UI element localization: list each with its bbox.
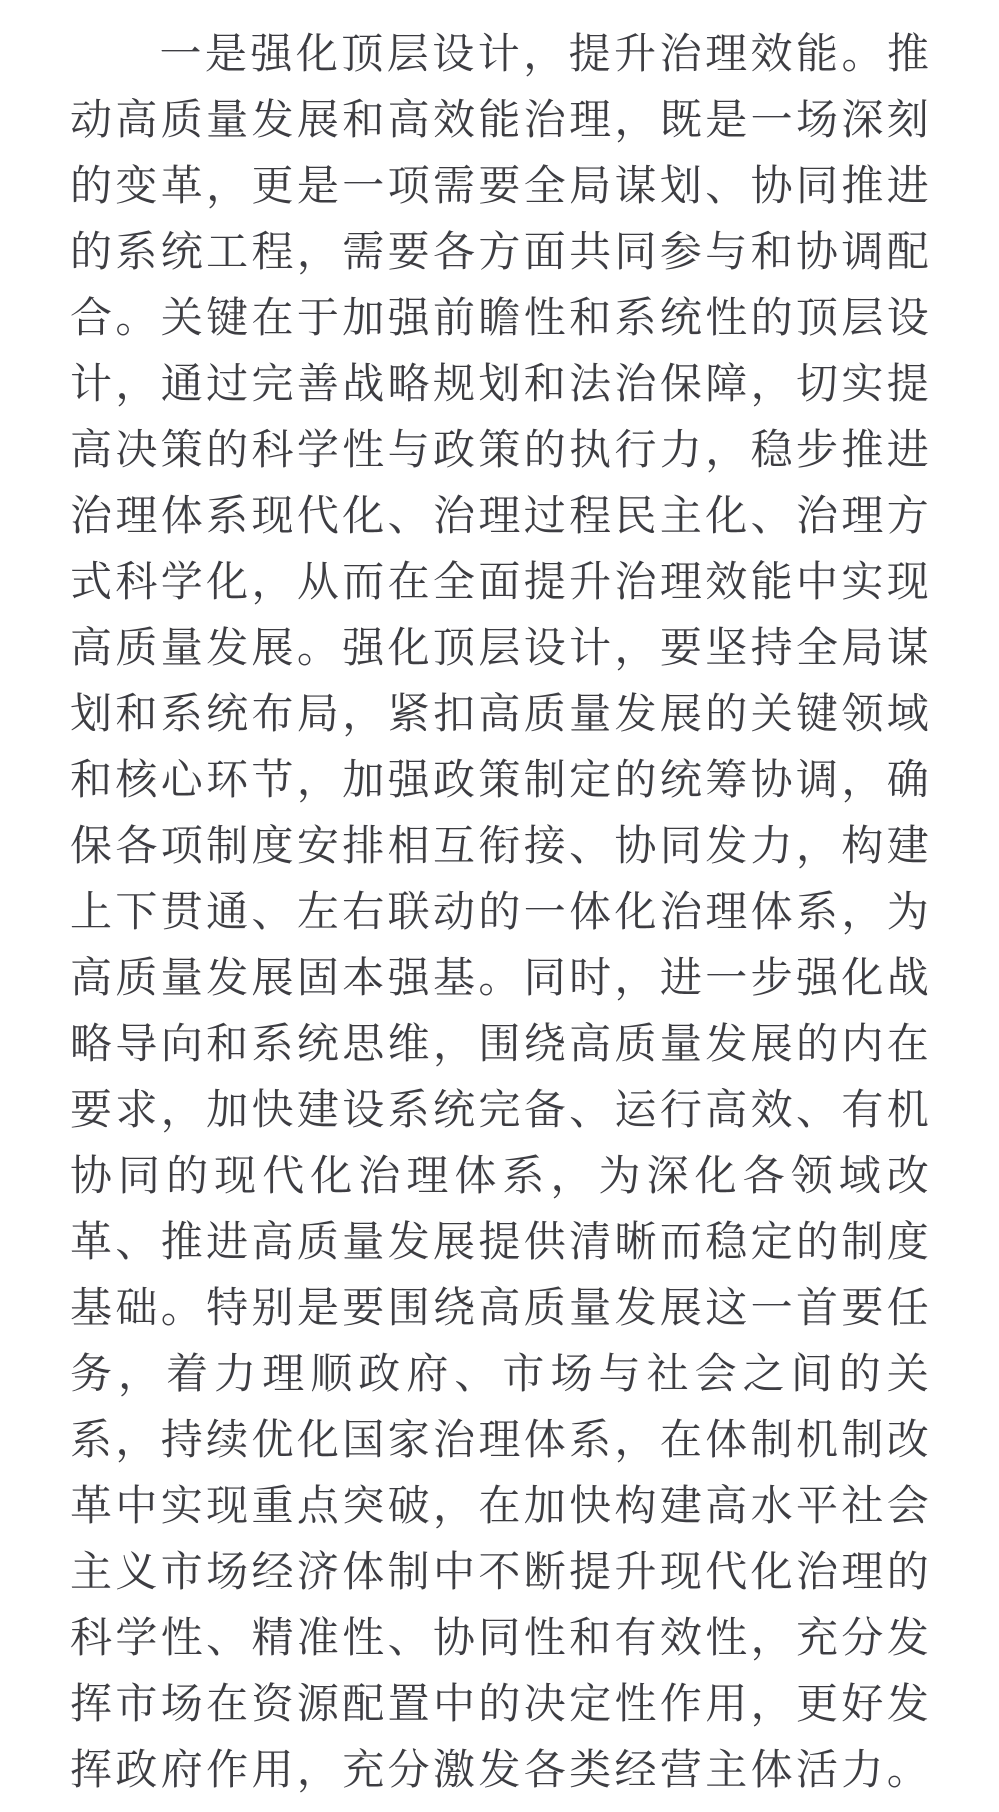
text-line: 治理体系现代化、治理过程民主化、治理方 — [70, 483, 929, 549]
text-line: 挥政府作用，充分激发各类经营主体活力。 — [70, 1737, 929, 1803]
text-line: 保各项制度安排相互衔接、协同发力，构建 — [70, 813, 929, 879]
text-line: 革中实现重点突破，在加快构建高水平社会 — [70, 1473, 929, 1539]
text-line: 式科学化，从而在全面提升治理效能中实现 — [70, 549, 929, 615]
text-line: 上下贯通、左右联动的一体化治理体系，为 — [70, 879, 929, 945]
text-line: 系，持续优化国家治理体系，在体制机制改 — [70, 1407, 929, 1473]
document-body: 一是强化顶层设计，提升治理效能。推动高质量发展和高效能治理，既是一场深刻的变革，… — [0, 0, 999, 1803]
text-line: 略导向和系统思维，围绕高质量发展的内在 — [70, 1011, 929, 1077]
text-line: 和核心环节，加强政策制定的统筹协调，确 — [70, 747, 929, 813]
text-line: 革、推进高质量发展提供清晰而稳定的制度 — [70, 1209, 929, 1275]
text-line: 主义市场经济体制中不断提升现代化治理的 — [70, 1539, 929, 1605]
text-line: 划和系统布局，紧扣高质量发展的关键领域 — [70, 681, 929, 747]
text-line: 挥市场在资源配置中的决定性作用，更好发 — [70, 1671, 929, 1737]
text-line: 务，着力理顺政府、市场与社会之间的关 — [70, 1341, 929, 1407]
text-line: 高决策的科学性与政策的执行力，稳步推进 — [70, 417, 929, 483]
text-line: 协同的现代化治理体系，为深化各领域改 — [70, 1143, 929, 1209]
text-line: 高质量发展。强化顶层设计，要坚持全局谋 — [70, 615, 929, 681]
document-page: 一是强化顶层设计，提升治理效能。推动高质量发展和高效能治理，既是一场深刻的变革，… — [0, 0, 999, 1812]
text-line: 要求，加快建设系统完备、运行高效、有机 — [70, 1077, 929, 1143]
text-line: 高质量发展固本强基。同时，进一步强化战 — [70, 945, 929, 1011]
text-line: 科学性、精准性、协同性和有效性，充分发 — [70, 1605, 929, 1671]
text-line: 基础。特别是要围绕高质量发展这一首要任 — [70, 1275, 929, 1341]
text-line: 一是强化顶层设计，提升治理效能。推 — [70, 21, 929, 87]
text-line: 的系统工程，需要各方面共同参与和协调配 — [70, 219, 929, 285]
text-line: 的变革，更是一项需要全局谋划、协同推进 — [70, 153, 929, 219]
text-line: 计，通过完善战略规划和法治保障，切实提 — [70, 351, 929, 417]
text-line: 动高质量发展和高效能治理，既是一场深刻 — [70, 87, 929, 153]
text-line: 合。关键在于加强前瞻性和系统性的顶层设 — [70, 285, 929, 351]
